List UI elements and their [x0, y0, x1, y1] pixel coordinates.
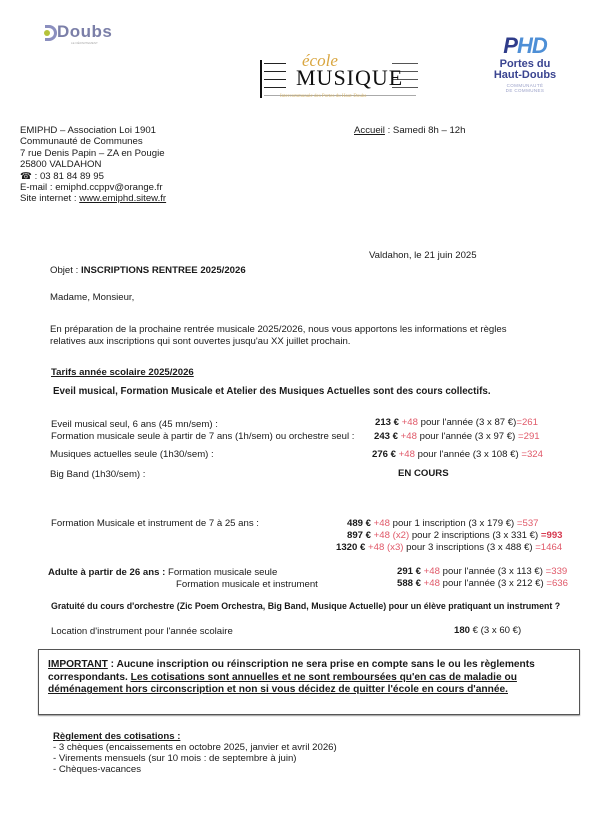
email-label: E-mail : [20, 182, 55, 193]
tarifs-heading: Tarifs année scolaire 2025/2026 [51, 367, 194, 378]
important-notice-box: IMPORTANT : Aucune inscription ou réinsc… [38, 649, 580, 715]
fm-instrument-label: Formation Musicale et instrument de 7 à … [51, 518, 259, 529]
salutation: Madame, Monsieur, [50, 292, 134, 303]
sender-phone-row: ☎ : 03 81 84 89 95 [20, 171, 166, 182]
sender-address: EMIPHD – Association Loi 1901 Communauté… [20, 125, 166, 205]
doubs-logo-subtext: LE DÉPARTEMENT [71, 41, 98, 45]
important-label: IMPORTANT [48, 659, 108, 670]
gratuite-orchestre-question: Gratuité du cours d'orchestre (Zic Poem … [51, 601, 560, 611]
collectifs-note: Eveil musical, Formation Musicale et Ate… [53, 386, 491, 397]
adulte-fm-instrument-price: 588 € +48 pour l'année (3 x 212 €) =636 [397, 578, 568, 589]
tarif-bigband-status: EN COURS [398, 468, 449, 479]
sender-city: 25800 VALDAHON [20, 159, 166, 170]
adulte-fm-instrument-label: Formation musicale et instrument [176, 579, 318, 590]
letter-date: Valdahon, le 21 juin 2025 [369, 250, 477, 261]
logo-tagline: Intercommunale des Portes du Haut-Doubs [280, 94, 366, 99]
letter-subject: Objet : INSCRIPTIONS RENTREE 2025/2026 [50, 265, 246, 276]
portes-haut-doubs-logo: PHD Portes du Haut-Doubs COMMUNAUTÉ DE C… [470, 33, 580, 103]
sender-line2: Communauté de Communes [20, 136, 166, 147]
accueil-value: : Samedi 8h – 12h [385, 125, 466, 136]
location-label: Location d'instrument pour l'année scola… [51, 626, 233, 637]
sender-name: EMIPHD – Association Loi 1901 [20, 125, 166, 136]
accueil-label: Accueil [354, 125, 385, 136]
tarif-eveil-label: Eveil musical seul, 6 ans (45 mn/sem) : [51, 419, 218, 430]
reglement-item: - Virements mensuels (sur 10 mois : de s… [53, 753, 337, 764]
adulte-fm-price: 291 € +48 pour l'année (3 x 113 €) =339 [397, 566, 567, 577]
reglement-title: Règlement des cotisations : [53, 731, 337, 742]
phd-mark-icon: PHD [470, 33, 580, 59]
tarif-fm-label: Formation musicale seule à partir de 7 a… [51, 431, 354, 442]
tarif-ma-label: Musiques actuelles seule (1h30/sem) : [50, 449, 214, 460]
doubs-logo-text: Doubs [57, 22, 112, 42]
location-price: 180 € (3 x 60 €) [454, 625, 521, 636]
adulte-label: Adulte à partir de 26 ans : [48, 567, 168, 578]
accueil-hours: Accueil : Samedi 8h – 12h [354, 125, 465, 136]
reglement-section: Règlement des cotisations : - 3 chèques … [53, 731, 337, 775]
intro-paragraph: En préparation de la prochaine rentrée m… [50, 324, 540, 347]
fm-instrument-price-3: 1320 € +48 (x3) pour 3 inscriptions (3 x… [336, 542, 562, 553]
phd-name-line2: Haut-Doubs [470, 70, 580, 81]
subject-value: INSCRIPTIONS RENTREE 2025/2026 [81, 265, 246, 276]
subject-label: Objet : [50, 265, 81, 276]
tarif-ma-price: 276 € +48 pour l'année (3 x 108 €) =324 [372, 449, 543, 460]
sender-site-row: Site internet : www.emiphd.sitew.fr [20, 193, 166, 204]
site-label: Site internet : [20, 193, 79, 204]
important-notice-text: IMPORTANT : Aucune inscription ou réinsc… [48, 659, 548, 697]
sender-email-row: E-mail : emiphd.ccppv@orange.fr [20, 182, 166, 193]
sender-email[interactable]: emiphd.ccppv@orange.fr [55, 182, 162, 193]
doubs-dot-icon [44, 30, 50, 36]
tarif-fm-price: 243 € +48 pour l'année (3 x 97 €) =291 [374, 431, 540, 442]
sender-phone: : 03 81 84 89 95 [32, 171, 104, 182]
tarif-bigband-label: Big Band (1h30/sem) : [50, 469, 145, 480]
tarif-eveil-price: 213 € +48 pour l'année (3 x 87 €)=261 [375, 417, 538, 428]
fm-instrument-price-1: 489 € +48 pour 1 inscription (3 x 179 €)… [347, 518, 539, 529]
logo-musique-text: MUSIQUE [296, 65, 403, 91]
phd-sub-line2: DE COMMUNES [470, 88, 580, 93]
doubs-logo: Doubs LE DÉPARTEMENT [45, 23, 107, 45]
reglement-item: - 3 chèques (encaissements en octobre 20… [53, 742, 337, 753]
reglement-item: - Chèques-vacances [53, 764, 337, 775]
telephone-icon: ☎ [20, 171, 32, 182]
sender-street: 7 rue Denis Papin – ZA en Pougie [20, 148, 166, 159]
ecole-musique-logo: école MUSIQUE Intercommunale des Portes … [260, 53, 420, 103]
adulte-row-1: Adulte à partir de 26 ans : Formation mu… [48, 567, 277, 578]
website-link[interactable]: www.emiphd.sitew.fr [79, 193, 166, 204]
adulte-fm-label: Formation musicale seule [168, 567, 277, 578]
fm-instrument-price-2: 897 € +48 (x2) pour 2 inscriptions (3 x … [347, 530, 562, 541]
